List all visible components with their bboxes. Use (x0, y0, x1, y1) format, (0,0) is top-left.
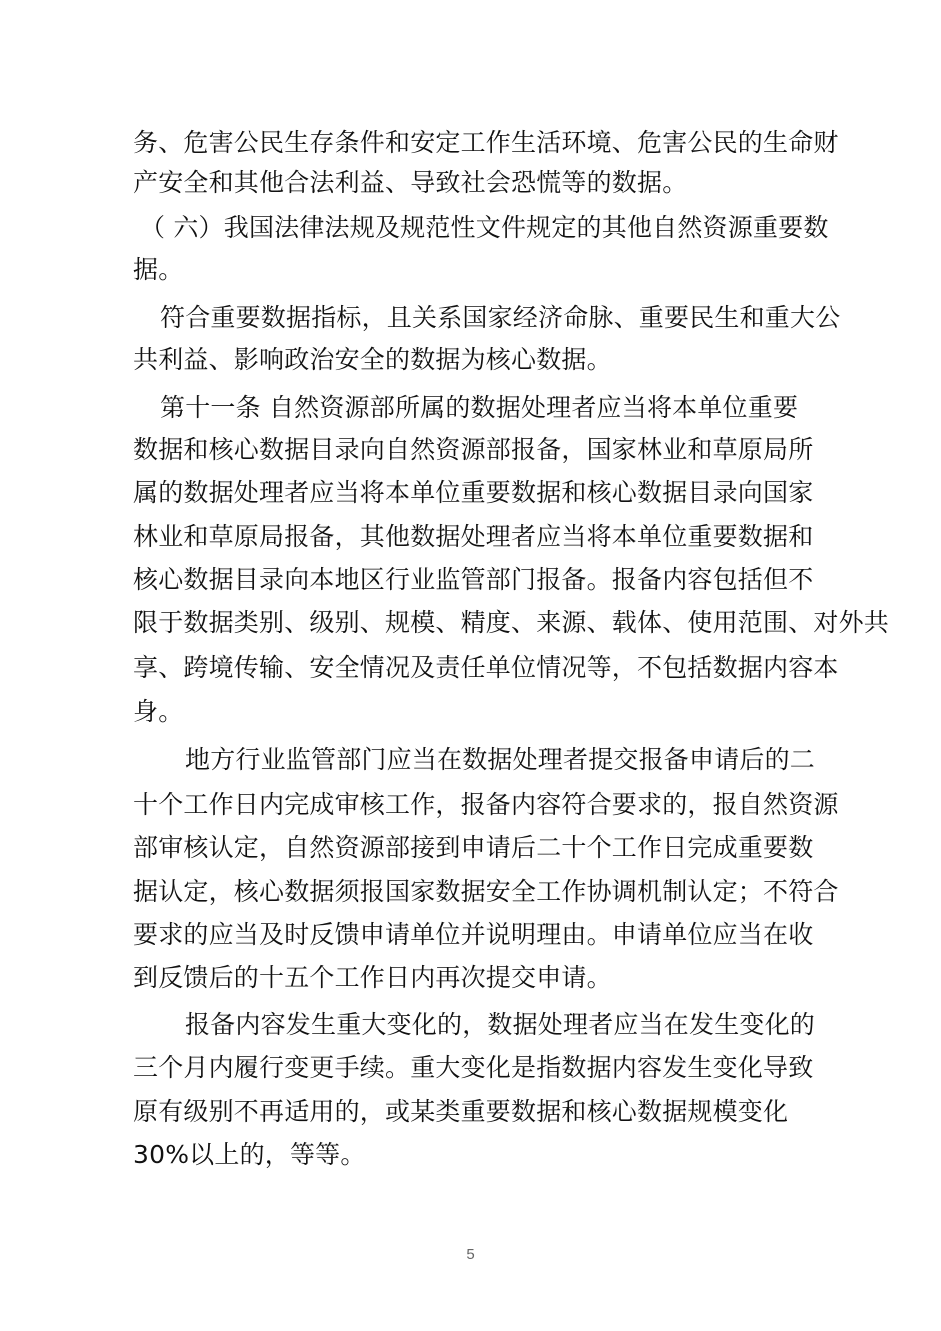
text-line: 地方行业监管部门应当在数据处理者提交报备申请后的二 (185, 745, 885, 775)
text-line: 享、跨境传输、安全情况及责任单位情况等，不包括数据内容本 (133, 653, 833, 683)
text-line: 符合重要数据指标，且关系国家经济命脉、重要民生和重大公 (160, 303, 860, 333)
text-line: 限于数据类别、级别、规模、精度、来源、载体、使用范围、对外共 (133, 608, 833, 638)
text-line: 产安全和其他合法利益、导致社会恐慌等的数据。 (133, 168, 833, 198)
text-line: 报备内容发生重大变化的，数据处理者应当在发生变化的 (185, 1010, 885, 1040)
text-line: 到反馈后的十五个工作日内再次提交申请。 (133, 963, 833, 993)
text-line: 十个工作日内完成审核工作，报备内容符合要求的，报自然资源 (133, 790, 833, 820)
text-line: 属的数据处理者应当将本单位重要数据和核心数据目录向国家 (133, 478, 833, 508)
text-line: 部审核认定，自然资源部接到申请后二十个工作日完成重要数 (133, 833, 833, 863)
document-page: 务、危害公民生存条件和安定工作生活环境、危害公民的生命财 产安全和其他合法利益、… (0, 0, 941, 1331)
text-line: 林业和草原局报备，其他数据处理者应当将本单位重要数据和 (133, 522, 833, 552)
text-line: 原有级别不再适用的，或某类重要数据和核心数据规模变化 (133, 1097, 833, 1127)
text-line: 要求的应当及时反馈申请单位并说明理由。申请单位应当在收 (133, 920, 833, 950)
page-number: 5 (0, 1246, 941, 1263)
text-line: 务、危害公民生存条件和安定工作生活环境、危害公民的生命财 (133, 128, 833, 158)
text-line: 据认定，核心数据须报国家数据安全工作协调机制认定；不符合 (133, 877, 833, 907)
text-line: 数据和核心数据目录向自然资源部报备，国家林业和草原局所 (133, 435, 833, 465)
text-line: 核心数据目录向本地区行业监管部门报备。报备内容包括但不 (133, 565, 833, 595)
text-line: 共利益、影响政治安全的数据为核心数据。 (133, 345, 833, 375)
text-line: 身。 (133, 697, 833, 727)
article-heading-line: 第十一条 自然资源部所属的数据处理者应当将本单位重要 (160, 393, 860, 423)
text-line: 三个月内履行变更手续。重大变化是指数据内容发生变化导致 (133, 1053, 833, 1083)
text-line: 30%以上的，等等。 (133, 1140, 833, 1170)
text-line: （ 六）我国法律法规及规范性文件规定的其他自然资源重要数 (140, 213, 840, 243)
text-line: 据。 (133, 255, 833, 285)
